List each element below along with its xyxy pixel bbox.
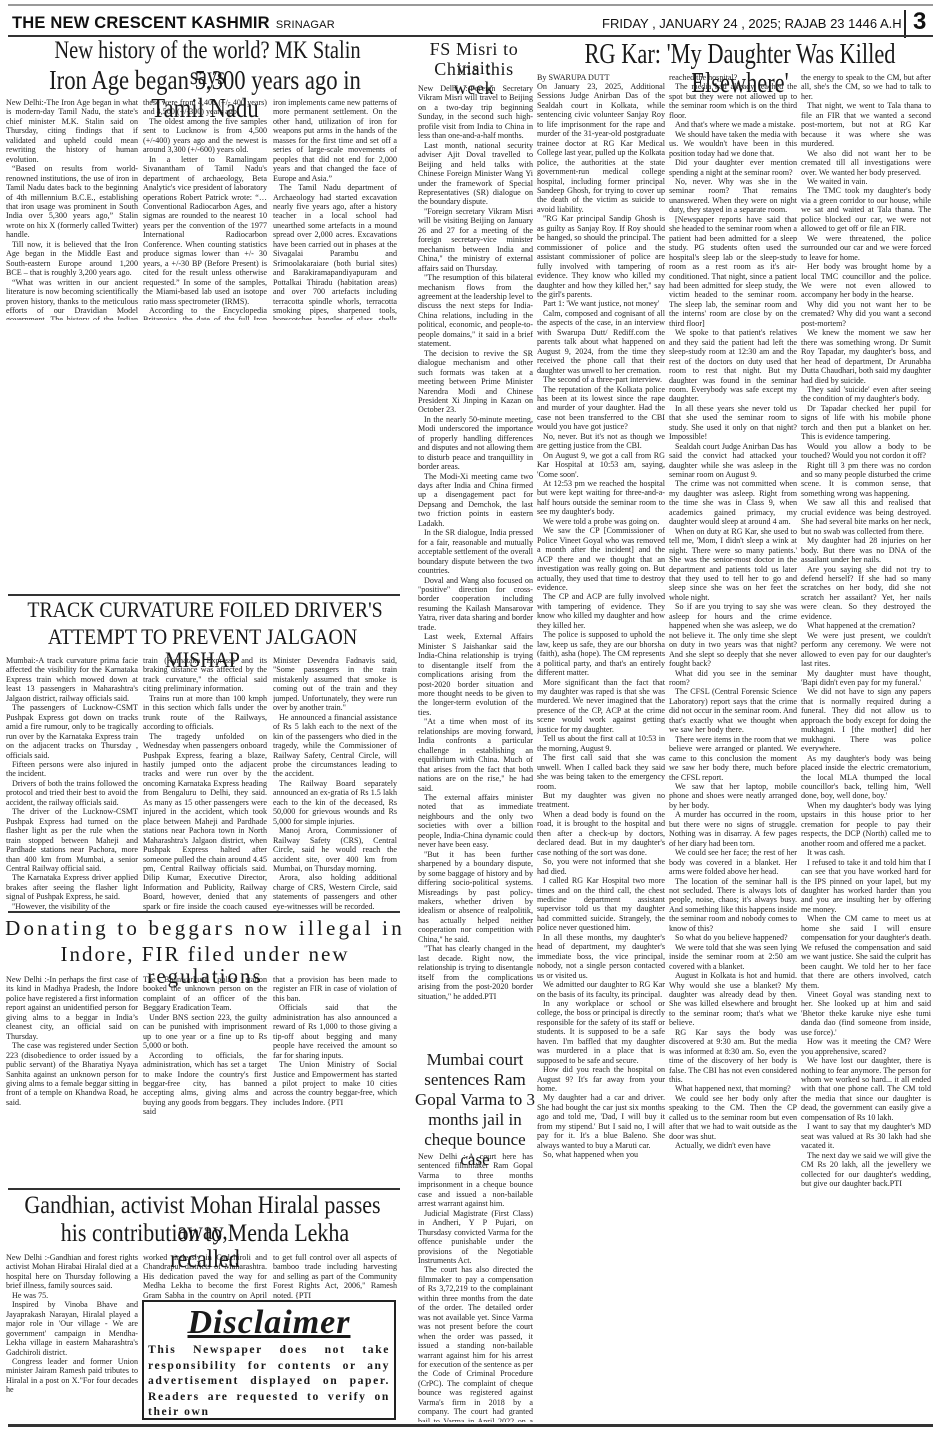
- paragraph: iron implements came new patterns of mor…: [273, 98, 397, 183]
- paragraph: The tragedy unfolded on Wednesday when p…: [143, 732, 267, 911]
- paragraph: We were threatened, the police surrounde…: [801, 234, 931, 262]
- paragraph: At 12:53 pm we reached the hospital but …: [537, 479, 665, 517]
- paragraph: In the SR dialogue, India pressed for a …: [418, 528, 533, 575]
- paragraph: The decision to revive the SR dialogue m…: [418, 349, 533, 415]
- paragraph: "That has clearly changed in the last de…: [418, 944, 533, 1001]
- gandhian-col-1: New Delhi :-Gandhian and forest rights a…: [6, 1253, 138, 1423]
- paragraph: The crime was not committed when my daug…: [669, 479, 797, 526]
- paragraph: The Union Ministry of Social Justice and…: [273, 1060, 397, 1107]
- paragraph: There were items in the room that we bel…: [669, 735, 797, 782]
- paragraph: We should have taken the media with us. …: [669, 130, 797, 158]
- paragraph: to get full control over all aspects of …: [273, 1253, 397, 1299]
- paragraph: When a dead body is found on the road, i…: [537, 810, 665, 857]
- paragraph: The CFSL (Central Forensic Science Labor…: [669, 687, 797, 734]
- paragraph: The TMC took my daughter's body via a gr…: [801, 186, 931, 233]
- rgkar-col-2: reached the hospital?The media had alrea…: [669, 73, 797, 1422]
- paragraph: "The resumption of this bilateral mechan…: [418, 273, 533, 349]
- paragraph: We were told a probe was going on.: [537, 517, 665, 526]
- paragraph: We have lost our daughter, there is noth…: [801, 1056, 931, 1122]
- paragraph: We saw all this and realised that crucia…: [801, 498, 931, 536]
- paragraph: Till now, it is believed that the Iron A…: [6, 240, 138, 278]
- paragraph: New Delhi :-A court here has sentenced f…: [418, 1152, 533, 1209]
- paragraph: Inspired by Vinoba Bhave and Jayaprakash…: [6, 1300, 138, 1357]
- paragraph: I called RG Kar Hospital two more times …: [537, 876, 665, 933]
- paragraph: How was it meeting the CM? Were you appr…: [801, 1037, 931, 1056]
- paragraph: "Foreign secretary Vikram Misri will be …: [418, 207, 533, 273]
- paragraph: What did you see in the seminar room?: [669, 669, 797, 688]
- paragraph: the energy to speak to the CM, but after…: [801, 73, 931, 101]
- paragraph: reached the hospital?: [669, 73, 797, 82]
- paragraph: New Delhi :-In perhaps the first case of…: [6, 975, 138, 1041]
- paragraph: On August 9, we got a call from RG Kar H…: [537, 451, 665, 479]
- track-col-2: train (Karnataka Express) and its brakin…: [143, 656, 267, 911]
- paragraph: In any workplace or school or college, t…: [537, 999, 665, 1065]
- paragraph: That night, we went to Tala thana to fil…: [801, 101, 931, 148]
- paragraph: We spoke to that patient's relatives and…: [669, 328, 797, 404]
- paragraph: Doval and Wang also focused on "positive…: [418, 576, 533, 633]
- paragraph: So, you were not informed that she had d…: [537, 857, 665, 876]
- dateline: FRIDAY , JANUARY 24 , 2025; RAJAB 23 144…: [602, 16, 902, 31]
- paragraph: Officials said that the administration h…: [273, 1003, 397, 1060]
- masthead-city: SRINAGAR: [276, 19, 335, 31]
- paragraph: Trains run at more than 100 kmph in this…: [143, 694, 267, 732]
- paragraph: In all these years she never told us tha…: [669, 404, 797, 442]
- paragraph: The CP and ACP are fully involved with t…: [537, 592, 665, 630]
- paragraph: Under BNS section 223, the guilty can be…: [143, 1013, 267, 1051]
- paragraph: What happened at the cremation?: [801, 621, 931, 630]
- paragraph: The Karnataka Express driver applied bra…: [6, 873, 138, 901]
- paragraph: The first call said that she was unwell.…: [537, 753, 665, 791]
- paragraph: Why did you not want her to be cremated?…: [801, 300, 931, 328]
- headline-beggars-1: Donating to beggars now illegal in: [5, 917, 405, 939]
- headline-track-1: TRACK CURVATURE FOILED DRIVER'S: [25, 598, 385, 621]
- paragraph: "At a time when most of its relationship…: [418, 717, 533, 793]
- paragraph: RG Kar says the body was discovered at 9…: [669, 1028, 797, 1085]
- paragraph: Calm, composed and cognisant of all the …: [537, 309, 665, 375]
- paragraph: The Modi-Xi meeting came two days after …: [418, 472, 533, 529]
- paragraph: The second of a three-part interview.: [537, 375, 665, 384]
- paragraph: More significant than the fact that my d…: [537, 678, 665, 735]
- paragraph: We saw the CP [Commissioner of Police Vi…: [537, 526, 665, 592]
- paragraph: On January 23, 2025, Additional Sessions…: [537, 82, 665, 214]
- paragraph: New Delhi :-Gandhian and forest rights a…: [6, 1253, 138, 1291]
- paragraph: “What was written in our ancient literat…: [6, 278, 138, 320]
- beggars-col-2: The Bhanwarkuan police station booked th…: [143, 975, 267, 1183]
- paragraph: He announced a financial assistance of R…: [273, 713, 397, 779]
- paragraph: these were from 4,400 (+/- 400 years) an…: [143, 98, 267, 117]
- paragraph: So, what happened when you: [537, 1150, 665, 1159]
- paragraph: The passengers of Lucknow-CSMT Pushpak E…: [6, 703, 138, 760]
- top-rule: [8, 4, 933, 6]
- paragraph: Judicial Magistrate (First Class) in And…: [418, 1209, 533, 1266]
- paragraph: We were just present, we couldn't perfor…: [801, 631, 931, 669]
- paragraph: New Delhi:-The Iron Age began in what is…: [6, 98, 138, 164]
- paragraph: Manoj Arora, Commissioner of Railway Saf…: [273, 826, 397, 873]
- paragraph: The external affairs minister noted that…: [418, 793, 533, 850]
- paragraph: New Delhi :-Foreign Secretary Vikram Mis…: [418, 84, 533, 141]
- paragraph: It was cash.: [801, 848, 931, 857]
- bottom-rule: [8, 1424, 933, 1427]
- masthead-title: THE NEW CRESCENT KASHMIR: [12, 14, 270, 32]
- paragraph: In all these months, my daughter's head …: [537, 933, 665, 980]
- stalin-col-2: these were from 4,400 (+/- 400 years) an…: [143, 98, 267, 320]
- masthead: THE NEW CRESCENT KASHMIRSRINAGAR: [12, 14, 335, 33]
- stalin-col-1: New Delhi:-The Iron Age began in what is…: [6, 98, 138, 320]
- paragraph: The court has also directed the filmmake…: [418, 1265, 533, 1422]
- gandhian-col-3: to get full control over all aspects of …: [273, 1253, 397, 1299]
- paragraph: So if are you trying to say she was asle…: [669, 602, 797, 668]
- paragraph: The location of the seminar hall is not …: [669, 877, 797, 934]
- disclaimer-text: This Newspaper does not take responsibil…: [144, 1342, 394, 1420]
- paragraph: As my daughter's body was being placed i…: [801, 754, 931, 801]
- disclaimer-title: Disclaimer: [144, 1304, 394, 1342]
- paragraph: Actually, we didn't even have: [669, 1141, 797, 1150]
- paragraph: "RG Kar principal Sandip Ghosh is as gui…: [537, 214, 665, 299]
- paragraph: Are you saying she did not try to defend…: [801, 565, 931, 622]
- page-number: 3: [913, 8, 926, 36]
- paragraph: The Bhanwarkuan police station booked th…: [143, 975, 267, 1013]
- paragraph: Mumbai:-A track curvature prima facie af…: [6, 656, 138, 703]
- paragraph: According to officials, the administrati…: [143, 1051, 267, 1117]
- paragraph: He was 75.: [6, 1291, 138, 1300]
- paragraph: No, never. But it's not as though we are…: [537, 432, 665, 451]
- track-col-3: Minister Devendra Fadnavis said, "Some p…: [273, 656, 397, 911]
- paragraph: The case was registered under Section 22…: [6, 1041, 138, 1107]
- paragraph: Right till 3 pm there was no cordon and …: [801, 461, 931, 499]
- paragraph: [Newspaper reports have said that she he…: [669, 215, 797, 328]
- paragraph: Did your daughter ever mention spending …: [669, 158, 797, 177]
- paragraph: Minister Devendra Fadnavis said, "Some p…: [273, 656, 397, 713]
- paragraph: The Railway Board separately announced a…: [273, 779, 397, 826]
- misri-col-1: New Delhi :-Foreign Secretary Vikram Mis…: [418, 84, 533, 1046]
- paragraph: Tell us about the first call at 10:53 in…: [537, 734, 665, 753]
- varma-col-1: New Delhi :-A court here has sentenced f…: [418, 1152, 533, 1422]
- paragraph: My daughter must have thought, 'Bapi did…: [801, 669, 931, 688]
- stalin-col-3: iron implements came new patterns of mor…: [273, 98, 397, 320]
- paragraph: We were told that she was seen lying ins…: [669, 943, 797, 971]
- paragraph: Arora, also holding additional charge of…: [273, 873, 397, 911]
- paragraph: Last month, national security adviser Aj…: [418, 141, 533, 207]
- paragraph: We did not have to sign any papers that …: [801, 687, 931, 753]
- paragraph: The driver of the Lucknow-CSMT Pushpak E…: [6, 807, 138, 873]
- paragraph: A murder has occurred in the room, but t…: [669, 810, 797, 848]
- track-col-1: Mumbai:-A track curvature prima facie af…: [6, 656, 138, 911]
- paragraph: How did you reach the hospital on August…: [537, 1065, 665, 1093]
- beggars-col-3: that a provision has been made to regist…: [273, 975, 397, 1183]
- paragraph: Sealdah court Judge Anirban Das has said…: [669, 442, 797, 480]
- disclaimer-box: Disclaimer This Newspaper does not take …: [142, 1300, 396, 1420]
- paragraph: Would you allow a body to be touched? Wo…: [801, 442, 931, 461]
- paragraph: But my daughter was given no treatment.: [537, 791, 665, 810]
- paragraph: worked tirelessly in Gadchiroli and Chan…: [143, 1253, 267, 1299]
- paragraph: Her body was brought home by a local TMC…: [801, 262, 931, 300]
- rgkar-col-3: the energy to speak to the CM, but after…: [801, 73, 931, 1422]
- paragraph: My daughter had a car and driver. She ha…: [537, 1093, 665, 1150]
- paragraph: And that's where we made a mistake.: [669, 120, 797, 129]
- paragraph: We could see her body only after speakin…: [669, 1094, 797, 1141]
- paragraph: According to the Encyclopedia Britannica…: [143, 306, 267, 320]
- rgkar-col-1: On January 23, 2025, Additional Sessions…: [537, 82, 665, 1422]
- paragraph: The reputation of the Kolkata police has…: [537, 385, 665, 432]
- beggars-col-1: New Delhi :-In perhaps the first case of…: [6, 975, 138, 1183]
- paragraph: No, never. Why was she in the seminar ro…: [669, 177, 797, 215]
- paragraph: In the nearly 50-minute meeting, Modi un…: [418, 415, 533, 472]
- paragraph: The media had already reached the spot b…: [669, 82, 797, 120]
- paragraph: "However, the visibility of the: [6, 902, 138, 911]
- paragraph: What happened next, that morning?: [669, 1084, 797, 1093]
- paragraph: My daughter had 28 injuries on her body.…: [801, 536, 931, 564]
- paragraph: The oldest among the five samples sent t…: [143, 117, 267, 155]
- paragraph: Drivers of both the trains followed the …: [6, 779, 138, 807]
- paragraph: We saw that her laptop, mobile phone and…: [669, 782, 797, 810]
- paragraph: We also did not want her to be cremated …: [801, 149, 931, 177]
- paragraph: So what do you believe happened?: [669, 933, 797, 942]
- paragraph: August in Kolkata is hot and humid. Why …: [669, 971, 797, 1028]
- paragraph: Part 1: 'We want justice, not money': [537, 299, 665, 308]
- paragraph: When the CM came to meet us at home she …: [801, 914, 931, 990]
- paragraph: We could see her face; the rest of her b…: [669, 848, 797, 876]
- paragraph: The next day we said we will give the CM…: [801, 1151, 931, 1189]
- paragraph: Fifteen persons were also injured in the…: [6, 760, 138, 779]
- paragraph: Vineet Goyal was standing next to her. S…: [801, 990, 931, 1037]
- paragraph: They said 'suicide' even after seeing th…: [801, 385, 931, 404]
- paragraph: We admitted our daughter to RG Kar on th…: [537, 980, 665, 999]
- paragraph: Congress leader and former Union ministe…: [6, 1357, 138, 1395]
- paragraph: train (Karnataka Express) and its brakin…: [143, 656, 267, 694]
- paragraph: We waited in vain.: [801, 177, 931, 186]
- divider-rule: [8, 1188, 400, 1190]
- page-number-divider: [904, 10, 906, 38]
- paragraph: When my daughter's body was lying upstai…: [801, 801, 931, 848]
- paragraph: We knew the moment we saw her there was …: [801, 328, 931, 385]
- paragraph: "But it has been further sharpened by a …: [418, 850, 533, 945]
- paragraph: Dr Tapadar checked her pupil for signs o…: [801, 404, 931, 442]
- paragraph: In a letter to Ramalingam Sivanantham of…: [143, 155, 267, 306]
- paragraph: The police is supposed to uphold the law…: [537, 630, 665, 677]
- divider-rule: [8, 911, 400, 913]
- paragraph: When on duty at RG Kar, she used to tell…: [669, 527, 797, 603]
- paragraph: Last week, External Affairs Minister S J…: [418, 632, 533, 717]
- divider-rule: [8, 594, 400, 596]
- paragraph: that a provision has been made to regist…: [273, 975, 397, 1003]
- paragraph: The Tamil Nadu department of Archaeology…: [273, 183, 397, 320]
- paragraph: “Based on results from world-renowned in…: [6, 164, 138, 240]
- gandhian-col-2: worked tirelessly in Gadchiroli and Chan…: [143, 1253, 267, 1299]
- paragraph: I want to say that my daughter's MD seat…: [801, 1122, 931, 1150]
- paragraph: I refused to take it and told him that I…: [801, 858, 931, 915]
